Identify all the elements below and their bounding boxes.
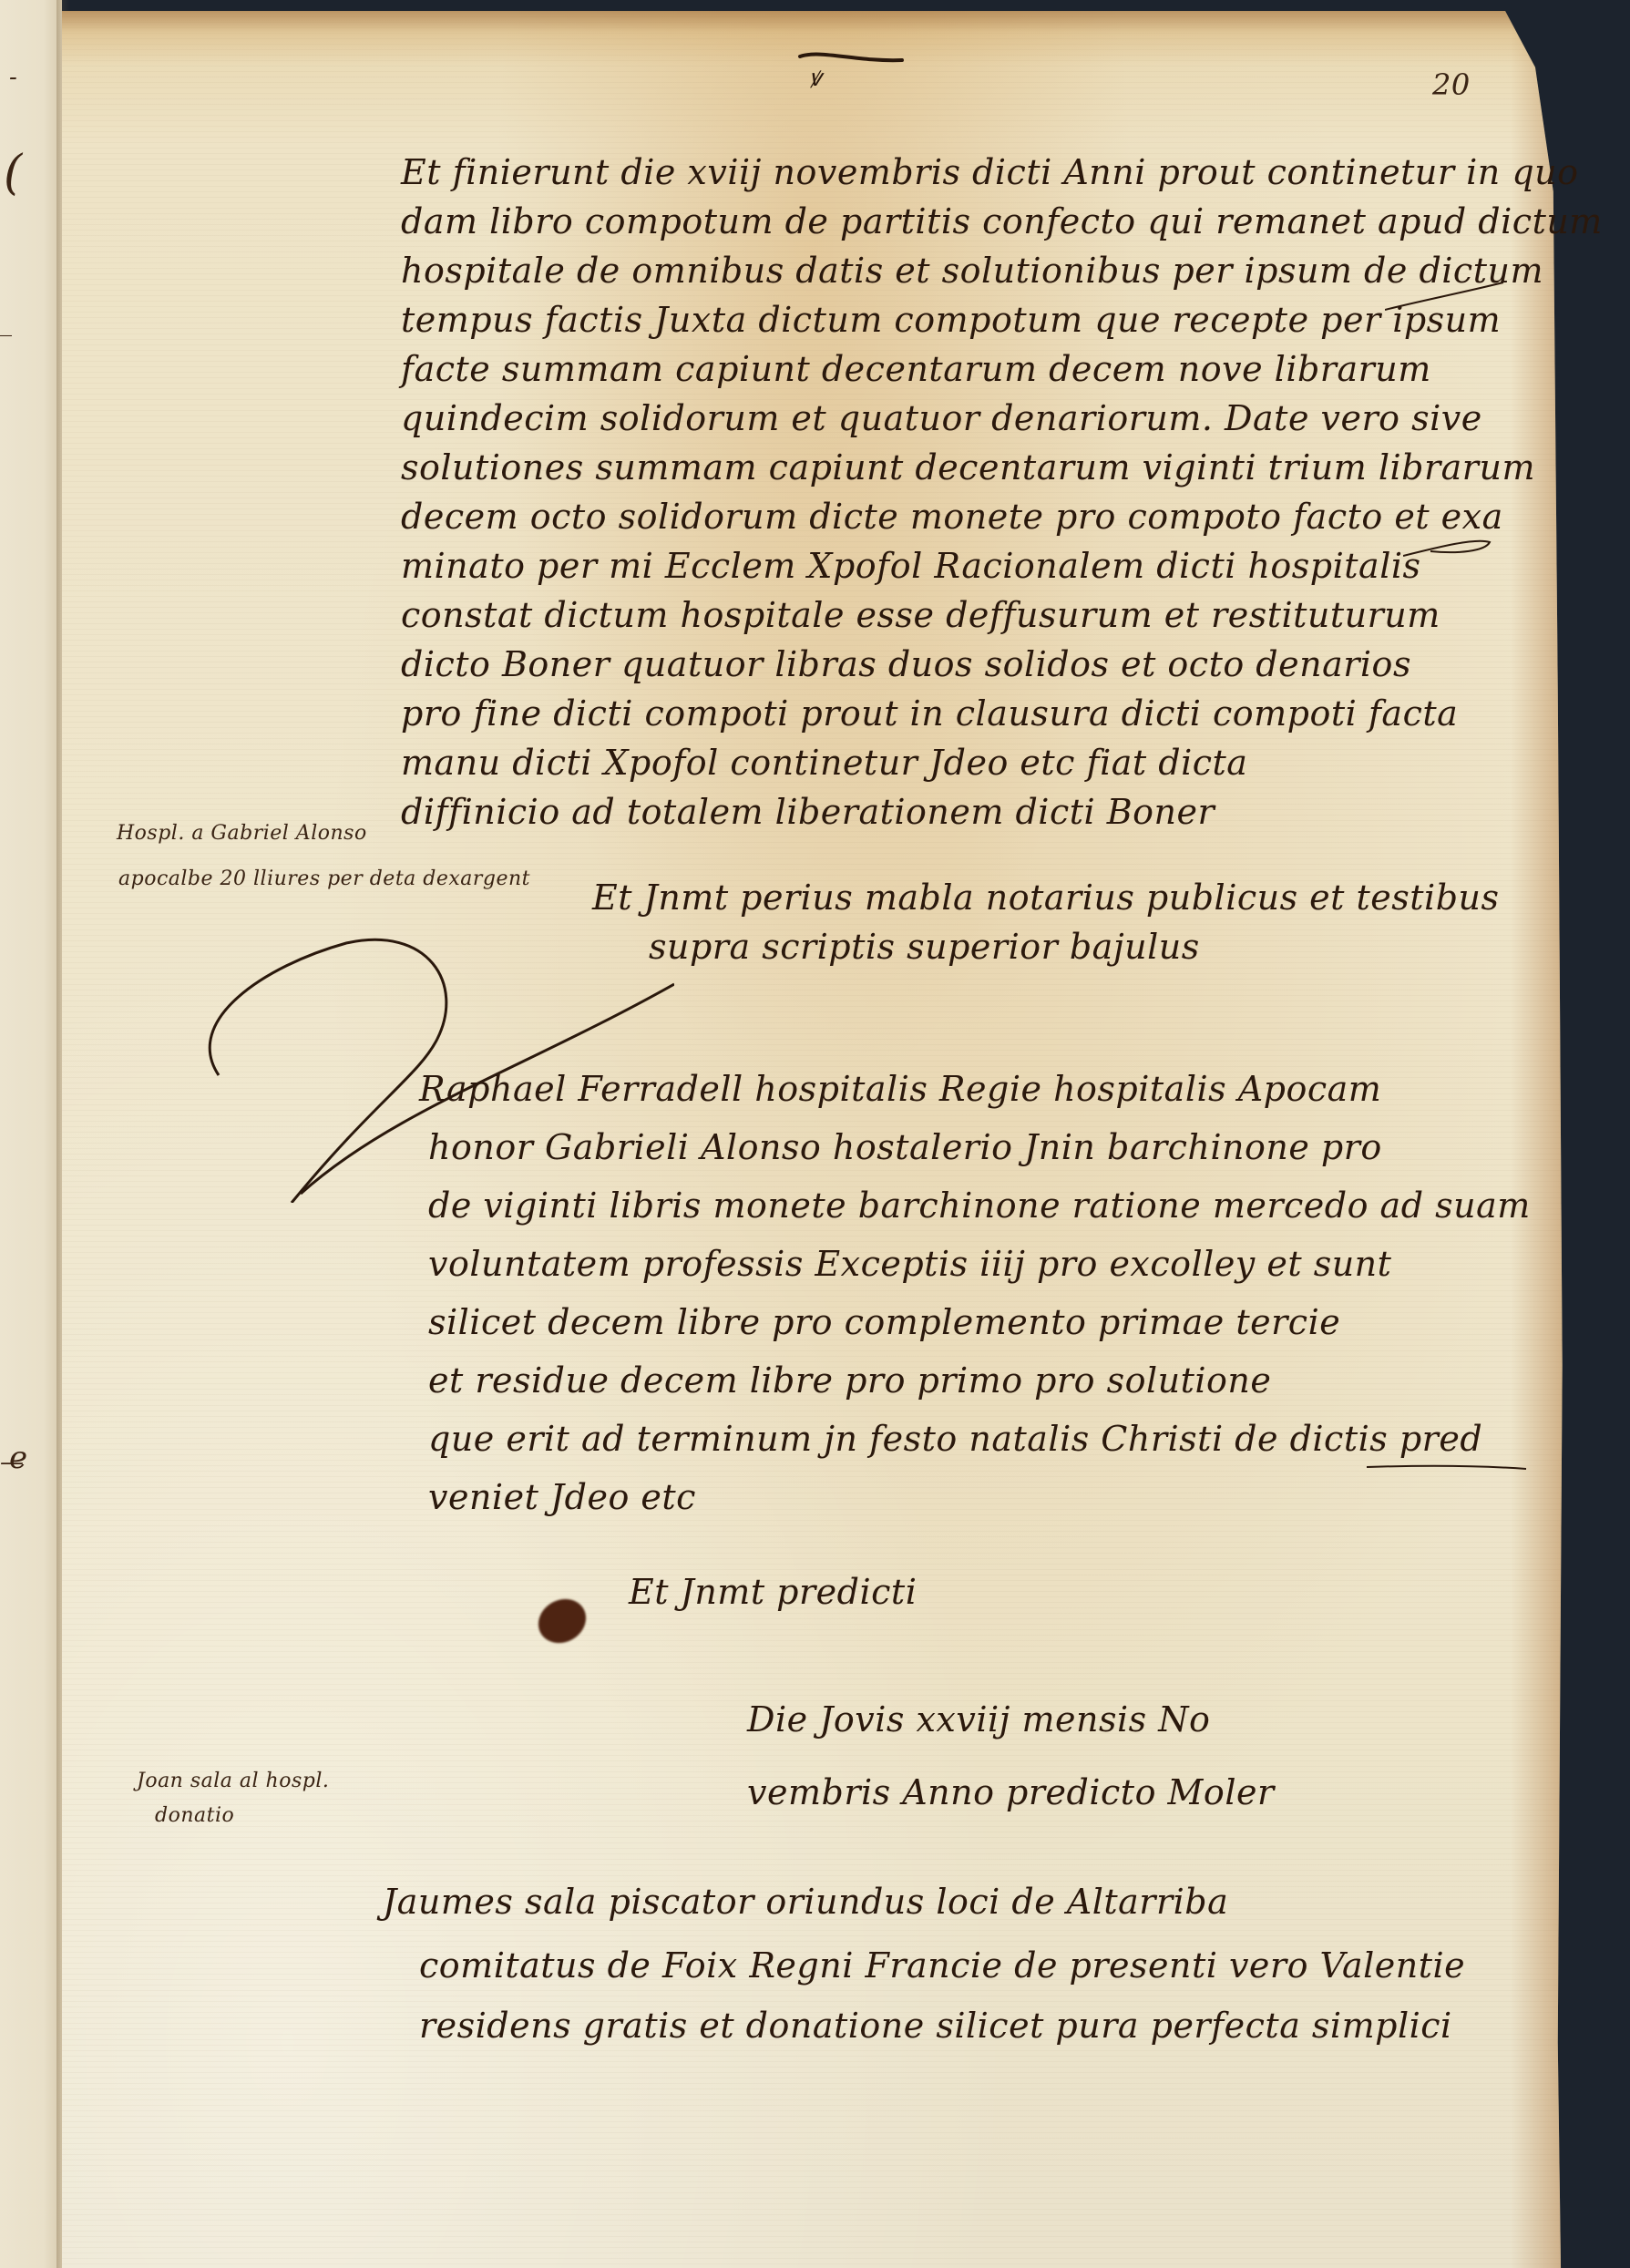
text-line: pro fine dicti compoti prout in clausura… [401, 689, 1458, 738]
manuscript-scan: ( - _ — e ꝟ 20 Et finierunt die xviij no… [0, 0, 1630, 2268]
text-line: vembris Anno predicto Moler [747, 1768, 1275, 1817]
text-line: dam libro compotum de partitis confecto … [401, 197, 1603, 246]
text-line: que erit ad terminum jn festo natalis Ch… [428, 1414, 1482, 1463]
verso-page-edge: ( - _ — e [0, 0, 62, 2268]
text-line: Et finierunt die xviij novembris dicti A… [401, 148, 1579, 197]
verso-mark-paren: ( [4, 146, 22, 200]
text-line: et residue decem libre pro primo pro sol… [428, 1356, 1271, 1405]
text-line: Et Jnmt predicti [629, 1567, 917, 1616]
text-line: constat dictum hospitale esse deffusurum… [401, 590, 1440, 640]
verso-mark-e: e [9, 1440, 27, 1476]
text-line: Et Jnmt perius mabla notarius publicus e… [592, 873, 1500, 922]
text-line: de viginti libris monete barchinone rati… [428, 1181, 1531, 1230]
margin-note: Hospl. a Gabriel Alonso [117, 820, 367, 847]
text-line: silicet decem libre pro complemento prim… [428, 1298, 1340, 1347]
text-line: residens gratis et donatione silicet pur… [419, 2001, 1452, 2050]
line-end-flourish-icon [1385, 273, 1512, 328]
line-end-flourish-icon [1367, 1449, 1531, 1485]
text-line: veniet Jdeo etc [428, 1473, 696, 1522]
text-line: Jaumes sala piscator oriundus loci de Al… [383, 1877, 1228, 1926]
text-line: diffinicio ad totalem liberationem dicti… [401, 787, 1215, 836]
text-line: minato per mi Ecclem Xpofol Racionalem d… [401, 541, 1421, 590]
text-line: hospitale de omnibus datis et solutionib… [401, 246, 1543, 295]
text-line: Die Jovis xxviij mensis No [747, 1695, 1210, 1744]
text-line: quindecim solidorum et quatuor denarioru… [401, 394, 1482, 443]
verso-mark-rule: _ [0, 310, 12, 337]
text-line: honor Gabrieli Alonso hostalerio Jnin ba… [428, 1123, 1382, 1172]
margin-note: apocalbe 20 lliures per deta dexargent [118, 866, 530, 893]
text-line: decem octo solidorum dicte monete pro co… [401, 492, 1503, 541]
text-line: tempus factis Juxta dictum compotum que … [401, 295, 1501, 344]
text-line: supra scriptis superior bajulus [649, 922, 1200, 971]
text-line: Raphael Ferradell hospitalis Regie hospi… [419, 1064, 1381, 1113]
text-line: voluntatem professis Exceptis iiij pro e… [428, 1239, 1391, 1288]
folio-number: 20 [1432, 67, 1471, 102]
text-line: comitatus de Foix Regni Francie de prese… [419, 1941, 1465, 1990]
text-line: solutiones summam capiunt decentarum vig… [401, 443, 1535, 492]
margin-note: donatio [155, 1802, 234, 1830]
text-line: dicto Boner quatuor libras duos solidos … [401, 640, 1411, 689]
catchword-mark: ꝟ [809, 60, 822, 93]
text-line: facte summam capiunt decentarum decem no… [401, 344, 1431, 394]
margin-note: Joan sala al hospl. [137, 1768, 329, 1795]
text-line: manu dicti Xpofol continetur Jdeo etc fi… [401, 738, 1247, 787]
line-end-flourish-icon [1403, 529, 1494, 565]
verso-mark-dash: - [9, 64, 17, 91]
